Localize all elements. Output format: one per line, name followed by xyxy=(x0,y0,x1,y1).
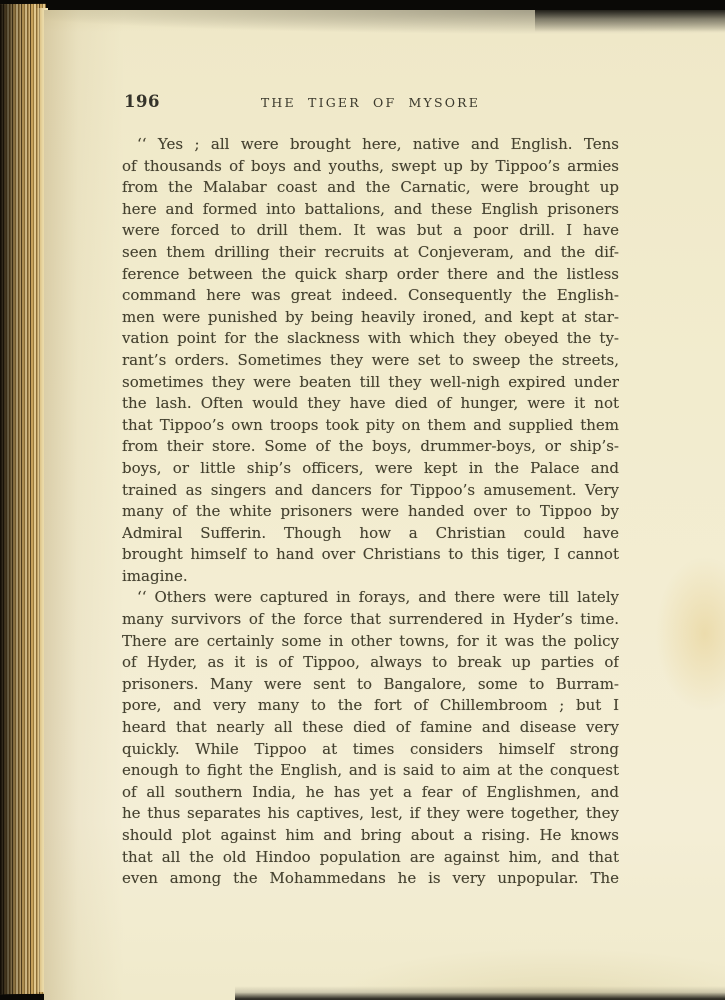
text-line: of thousands of boys and youths, swept u… xyxy=(122,156,619,178)
text-line: even among the Mohammedans he is very un… xyxy=(122,868,619,890)
text-line: There are certainly some in other towns,… xyxy=(122,631,619,653)
text-line: from their store. Some of the boys, drum… xyxy=(122,436,619,458)
text-line: boys, or little ship’s officers, were ke… xyxy=(122,458,619,480)
text-line: enough to fight the English, and is said… xyxy=(122,760,619,782)
text-line: that Tippoo’s own troops took pity on th… xyxy=(122,415,619,437)
text-line: sometimes they were beaten till they wel… xyxy=(122,372,619,394)
text-line: brought himself to hand over Christians … xyxy=(122,544,619,566)
text-line: the lash. Often would they have died of … xyxy=(122,393,619,415)
text-line: he thus separates his captives, lest, if… xyxy=(122,803,619,825)
text-line: ‘‘ Yes ; all were brought here, native a… xyxy=(122,134,619,156)
text-line: quickly. While Tippoo at times considers… xyxy=(122,739,619,761)
page-header: 196 THE TIGER OF MYSORE xyxy=(122,92,619,114)
bottom-shadow xyxy=(235,986,725,1000)
book-photo: 196 THE TIGER OF MYSORE ‘‘ Yes ; all wer… xyxy=(0,0,725,1000)
text-line: were forced to drill them. It was but a … xyxy=(122,220,619,242)
paragraph: ‘‘ Others were captured in forays, and t… xyxy=(122,587,619,889)
top-right-shadow xyxy=(535,10,725,40)
text-line: heard that nearly all these died of fami… xyxy=(122,717,619,739)
running-title: THE TIGER OF MYSORE xyxy=(122,95,619,110)
text-line: vation point for the slackness with whic… xyxy=(122,328,619,350)
book-page: 196 THE TIGER OF MYSORE ‘‘ Yes ; all wer… xyxy=(44,10,725,1000)
text-line: ‘‘ Others were captured in forays, and t… xyxy=(122,587,619,609)
text-line: many survivors of the force that surrend… xyxy=(122,609,619,631)
text-line: Admiral Sufferin. Though how a Christian… xyxy=(122,523,619,545)
text-line: of Hyder, as it is of Tippoo, always to … xyxy=(122,652,619,674)
text-line: that all the old Hindoo population are a… xyxy=(122,847,619,869)
text-line: rant’s orders. Sometimes they were set t… xyxy=(122,350,619,372)
page-content: 196 THE TIGER OF MYSORE ‘‘ Yes ; all wer… xyxy=(122,92,619,890)
text-line: trained as singers and dancers for Tippo… xyxy=(122,480,619,502)
text-line: men were punished by being heavily irone… xyxy=(122,307,619,329)
text-line: ference between the quick sharp order th… xyxy=(122,264,619,286)
text-line: should plot against him and bring about … xyxy=(122,825,619,847)
text-line: of all southern India, he has yet a fear… xyxy=(122,782,619,804)
text-block: ‘‘ Yes ; all were brought here, native a… xyxy=(122,134,619,890)
paragraph: ‘‘ Yes ; all were brought here, native a… xyxy=(122,134,619,587)
text-line: seen them drilling their recruits at Con… xyxy=(122,242,619,264)
text-line: prisoners. Many were sent to Bangalore, … xyxy=(122,674,619,696)
text-line: pore, and very many to the fort of Chill… xyxy=(122,695,619,717)
text-line: many of the white prisoners were handed … xyxy=(122,501,619,523)
text-line: imagine. xyxy=(122,566,619,588)
text-line: here and formed into battalions, and the… xyxy=(122,199,619,221)
text-line: from the Malabar coast and the Carnatic,… xyxy=(122,177,619,199)
text-line: command here was great indeed. Consequen… xyxy=(122,285,619,307)
